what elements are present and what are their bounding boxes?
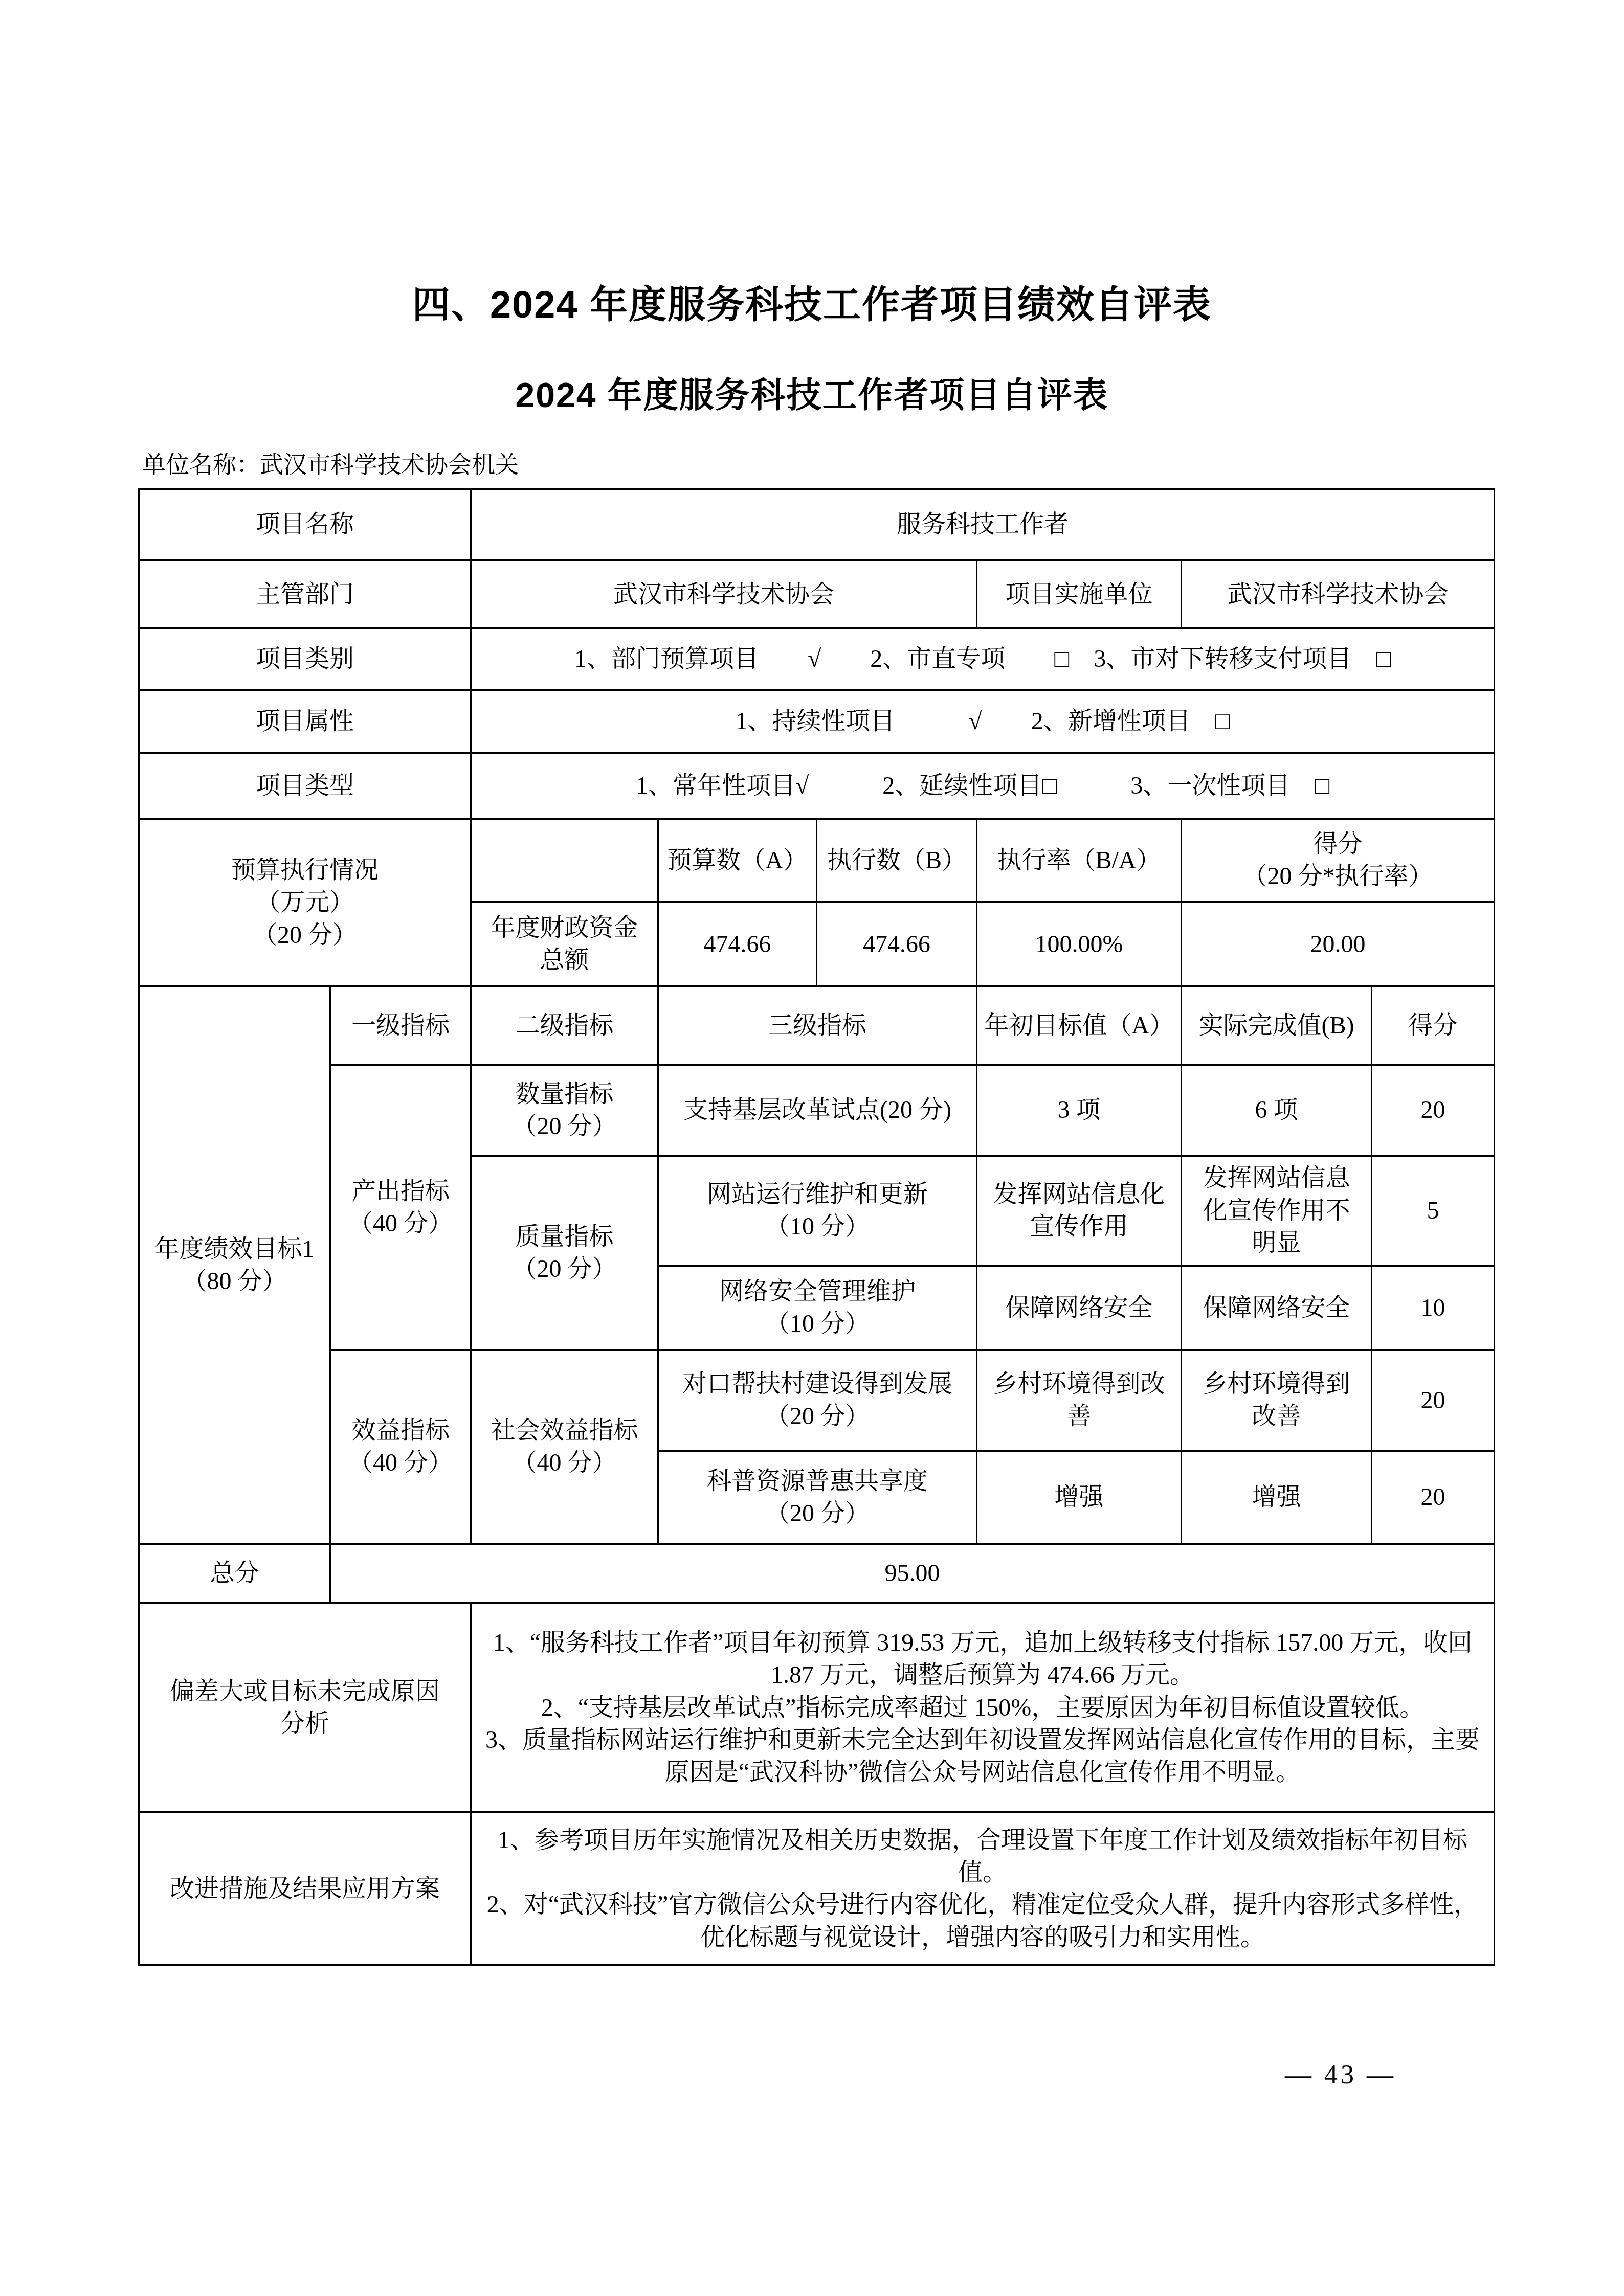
indicator-score: 20 [1372, 1451, 1495, 1544]
indicator-l3: 网站运行维护和更新 （10 分） [658, 1156, 977, 1266]
social-benefit-label: 社会效益指标 （40 分） [471, 1350, 658, 1544]
indicator-l3: 科普资源普惠共享度 （20 分） [658, 1451, 977, 1544]
indicator-score: 5 [1372, 1156, 1495, 1266]
category-options: 1、部门预算项目 √ 2、市直专项 □ 3、市对下转移支付项目 □ [471, 628, 1495, 690]
total-score-label: 总分 [139, 1544, 330, 1603]
budget-header-rate: 执行率（B/A） [977, 819, 1182, 902]
budget-header-score: 得分 （20 分*执行率） [1182, 819, 1495, 902]
dept-value: 武汉市科学技术协会 [471, 560, 977, 628]
indicator-target: 发挥网站信息化 宣传作用 [977, 1156, 1182, 1266]
indicator-target: 增强 [977, 1451, 1182, 1544]
table-row: 偏差大或目标未完成原因 分析 1、“服务科技工作者”项目年初预算 319.53 … [139, 1603, 1495, 1812]
indicator-actual: 增强 [1182, 1451, 1372, 1544]
budget-value-score: 20.00 [1182, 902, 1495, 986]
table-row: 改进措施及结果应用方案 1、参考项目历年实施情况及相关历史数据，合理设置下年度工… [139, 1812, 1495, 1965]
budget-value-b: 474.66 [817, 902, 977, 986]
total-score-value: 95.00 [330, 1544, 1495, 1603]
table-row: 年度绩效目标1 （80 分） 一级指标 二级指标 三级指标 年初目标值（A） 实… [139, 986, 1495, 1065]
page-title: 四、2024 年度服务科技工作者项目绩效自评表 [0, 0, 1624, 328]
output-indicator-label: 产出指标 （40 分） [330, 1065, 471, 1350]
deviation-analysis-label: 偏差大或目标未完成原因 分析 [139, 1603, 471, 1812]
table-row: 效益指标 （40 分） 社会效益指标 （40 分） 对口帮扶村建设得到发展 （2… [139, 1350, 1495, 1451]
table-row: 项目名称 服务科技工作者 [139, 489, 1495, 560]
budget-header-a: 预算数（A） [658, 819, 817, 902]
budget-value-a: 474.66 [658, 902, 817, 986]
annual-goal-label: 年度绩效目标1 （80 分） [139, 986, 330, 1544]
impl-unit-value: 武汉市科学技术协会 [1182, 560, 1495, 628]
page-subtitle: 2024 年度服务科技工作者项目自评表 [0, 375, 1624, 417]
indicator-actual: 保障网络安全 [1182, 1266, 1372, 1350]
indicator-l3: 对口帮扶村建设得到发展 （20 分） [658, 1350, 977, 1451]
budget-row-label: 年度财政资金 总额 [471, 902, 658, 986]
unit-name-line: 单位名称：武汉市科学技术协会机关 [142, 450, 1624, 480]
page-number: — 43 — [1285, 2060, 1396, 2090]
budget-empty-cell [471, 819, 658, 902]
quality-indicator-label: 质量指标 （20 分） [471, 1156, 658, 1350]
table-row: 产出指标 （40 分） 数量指标 （20 分） 支持基层改革试点(20 分) 3… [139, 1065, 1495, 1156]
indicator-actual: 发挥网站信息 化宣传作用不 明显 [1182, 1156, 1372, 1266]
table-row: 预算执行情况 （万元） （20 分） 预算数（A） 执行数（B） 执行率（B/A… [139, 819, 1495, 902]
budget-section-label: 预算执行情况 （万元） （20 分） [139, 819, 471, 986]
type-options: 1、常年性项目√ 2、延续性项目□ 3、一次性项目 □ [471, 753, 1495, 819]
attribute-label: 项目属性 [139, 690, 471, 753]
quantity-indicator-label: 数量指标 （20 分） [471, 1065, 658, 1156]
table-row: 项目类型 1、常年性项目√ 2、延续性项目□ 3、一次性项目 □ [139, 753, 1495, 819]
table-row: 总分 95.00 [139, 1544, 1495, 1603]
indicator-l3: 网络安全管理维护 （10 分） [658, 1266, 977, 1350]
indicator-header-actual: 实际完成值(B) [1182, 986, 1372, 1065]
indicator-l3: 支持基层改革试点(20 分) [658, 1065, 977, 1156]
indicator-score: 10 [1372, 1266, 1495, 1350]
document-page: 四、2024 年度服务科技工作者项目绩效自评表 2024 年度服务科技工作者项目… [0, 0, 1624, 2296]
improvement-plan-text: 1、参考项目历年实施情况及相关历史数据，合理设置下年度工作计划及绩效指标年初目标… [471, 1812, 1495, 1965]
indicator-score: 20 [1372, 1065, 1495, 1156]
project-name-label: 项目名称 [139, 489, 471, 560]
indicator-score: 20 [1372, 1350, 1495, 1451]
table-row: 主管部门 武汉市科学技术协会 项目实施单位 武汉市科学技术协会 [139, 560, 1495, 628]
indicator-actual: 乡村环境得到 改善 [1182, 1350, 1372, 1451]
indicator-header-level3: 三级指标 [658, 986, 977, 1065]
budget-header-b: 执行数（B） [817, 819, 977, 902]
budget-value-rate: 100.00% [977, 902, 1182, 986]
category-label: 项目类别 [139, 628, 471, 690]
project-name-value: 服务科技工作者 [471, 489, 1495, 560]
self-evaluation-table: 项目名称 服务科技工作者 主管部门 武汉市科学技术协会 项目实施单位 武汉市科学… [138, 488, 1495, 1966]
benefit-indicator-label: 效益指标 （40 分） [330, 1350, 471, 1544]
dept-label: 主管部门 [139, 560, 471, 628]
indicator-header-level2: 二级指标 [471, 986, 658, 1065]
indicator-header-level1: 一级指标 [330, 986, 471, 1065]
table-row: 项目类别 1、部门预算项目 √ 2、市直专项 □ 3、市对下转移支付项目 □ [139, 628, 1495, 690]
indicator-target: 3 项 [977, 1065, 1182, 1156]
indicator-header-score: 得分 [1372, 986, 1495, 1065]
deviation-analysis-text: 1、“服务科技工作者”项目年初预算 319.53 万元，追加上级转移支付指标 1… [471, 1603, 1495, 1812]
indicator-target: 保障网络安全 [977, 1266, 1182, 1350]
improvement-plan-label: 改进措施及结果应用方案 [139, 1812, 471, 1965]
type-label: 项目类型 [139, 753, 471, 819]
indicator-actual: 6 项 [1182, 1065, 1372, 1156]
indicator-target: 乡村环境得到改 善 [977, 1350, 1182, 1451]
table-row: 项目属性 1、持续性项目 √ 2、新增性项目 □ [139, 690, 1495, 753]
impl-unit-label: 项目实施单位 [977, 560, 1182, 628]
attribute-options: 1、持续性项目 √ 2、新增性项目 □ [471, 690, 1495, 753]
indicator-header-target: 年初目标值（A） [977, 986, 1182, 1065]
